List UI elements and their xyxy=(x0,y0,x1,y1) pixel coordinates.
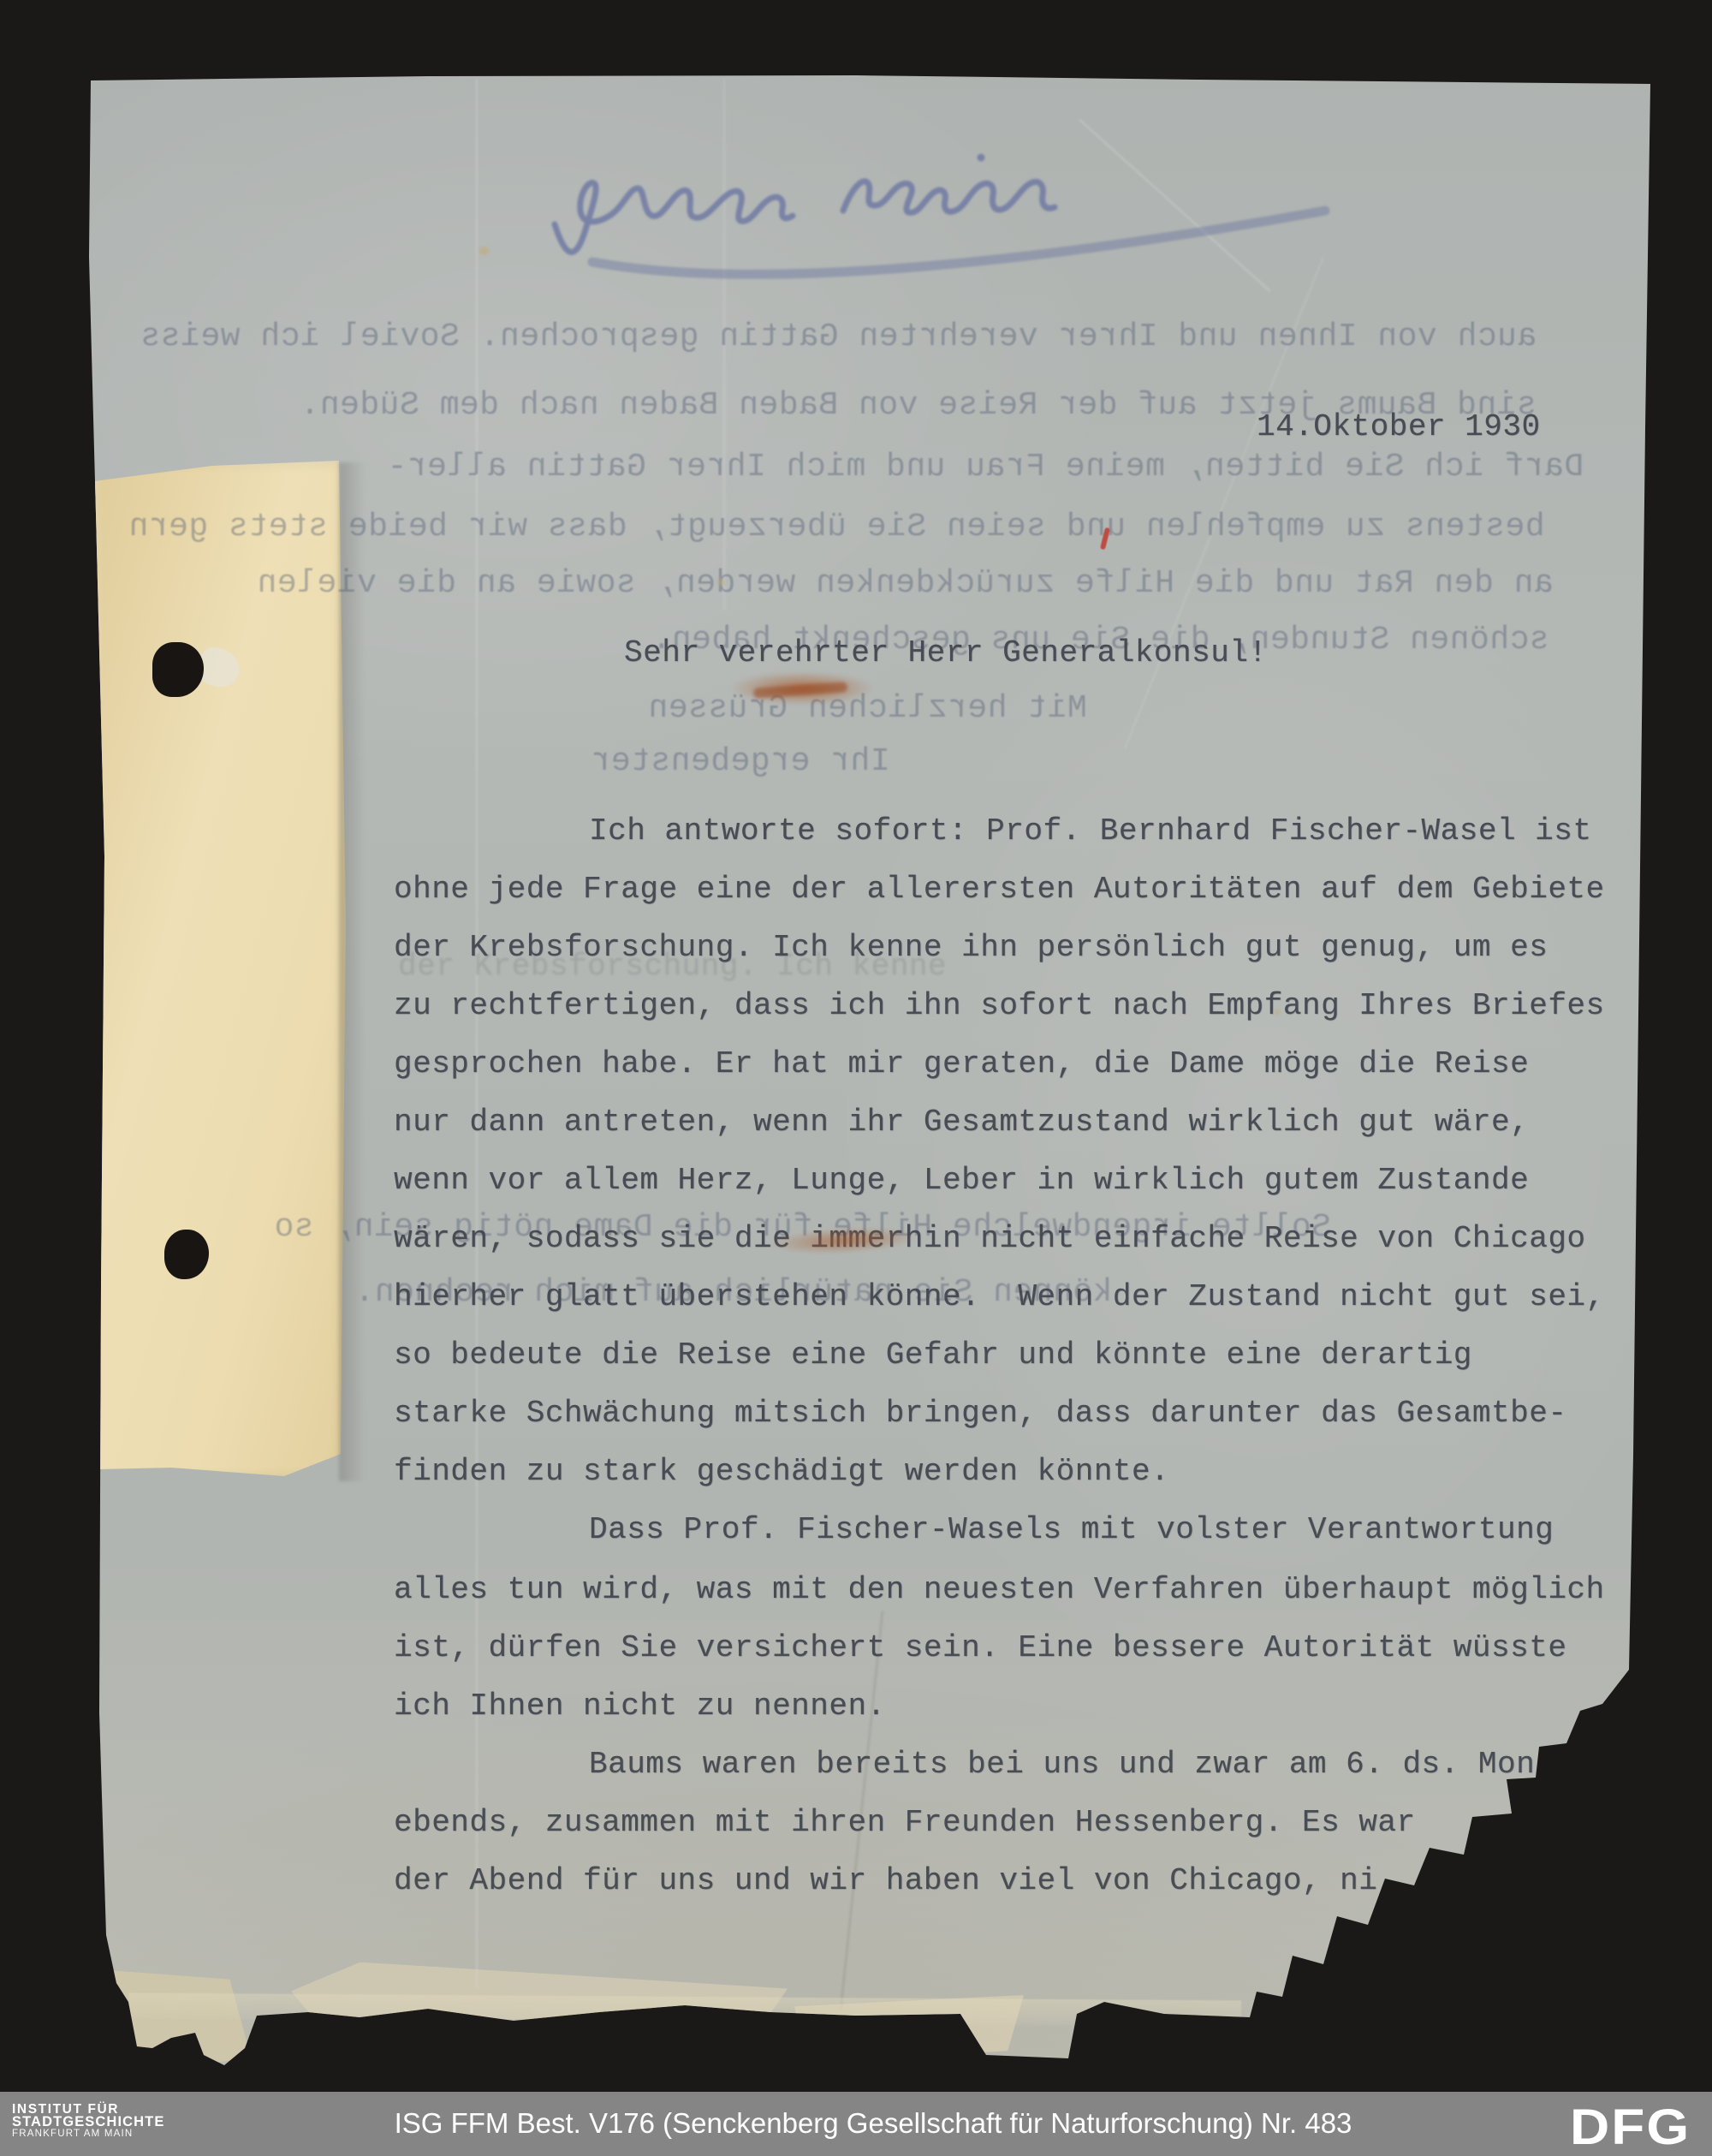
body-line: ohne jede Frage eine der allerersten Aut… xyxy=(394,872,1605,907)
body-line: starke Schwächung mitsich bringen, dass … xyxy=(394,1396,1566,1431)
body-line: hierher glatt überstehen könne. Wenn der… xyxy=(394,1279,1605,1314)
tape-edge-shadow xyxy=(339,462,365,1481)
bleedthrough-line: Darf ich Sie bitten, meine Frau und mich… xyxy=(387,449,1584,486)
body-line: wenn vor allem Herz, Lunge, Leber in wir… xyxy=(394,1163,1529,1198)
institut-stadtgeschichte-logo: INSTITUT FÜR STADTGESCHICHTE FRANKFURT A… xyxy=(12,2104,164,2140)
archive-logo-line: FRANKFURT AM MAIN xyxy=(12,2129,164,2140)
date-line: 14.Oktober 1930 xyxy=(1257,409,1541,444)
bleedthrough-line: Ihr ergebenster xyxy=(591,743,890,781)
bleedthrough-line: auch von Ihnen und Ihrer verehrten Gatti… xyxy=(140,319,1537,356)
body-line: alles tun wird, was mit den neuesten Ver… xyxy=(394,1572,1605,1607)
footer-bar: INSTITUT FÜR STADTGESCHICHTE FRANKFURT A… xyxy=(0,2092,1712,2156)
archive-logo-line: STADTGESCHICHTE xyxy=(12,2116,164,2129)
paper-speck xyxy=(479,247,489,255)
archive-tape-strip xyxy=(92,461,348,1480)
body-line: ich Ihnen nicht zu nennen. xyxy=(394,1688,886,1724)
body-line: der Abend für uns und wir haben viel von… xyxy=(394,1863,1377,1898)
archive-reference-label: ISG FFM Best. V176 (Senckenberg Gesellsc… xyxy=(395,2107,1352,2140)
paper-speck xyxy=(717,579,725,586)
body-line: zu rechtfertigen, dass ich ihn sofort na… xyxy=(394,988,1605,1023)
salutation: Sehr verehrter Herr Generalkonsul! xyxy=(624,635,1268,670)
body-line: Ich antworte sofort: Prof. Bernhard Fisc… xyxy=(589,813,1592,849)
body-line: wären, sodass sie die immerhin nicht ein… xyxy=(394,1221,1586,1256)
body-line: Dass Prof. Fischer-Wasels mit volster Ve… xyxy=(589,1512,1554,1547)
body-line: nur dann antreten, wenn ihr Gesamtzustan… xyxy=(394,1105,1529,1140)
dfg-logo: DFG xyxy=(1570,2098,1691,2156)
paper-sheet: auch von Ihnen und Ihrer verehrten Gatti… xyxy=(0,0,1712,2156)
body-line: Baums waren bereits bei uns und zwar am … xyxy=(589,1747,1535,1782)
body-line: ist, dürfen Sie versichert sein. Eine be… xyxy=(394,1630,1566,1665)
body-line: so bedeute die Reise eine Gefahr und kön… xyxy=(394,1337,1472,1373)
bleedthrough-line: an den Rat und die Hilfe zurückdenken we… xyxy=(257,565,1554,603)
body-line: der Krebsforschung. Ich kenne ihn persön… xyxy=(394,930,1548,965)
bottom-tape-edge xyxy=(128,1992,1241,2026)
body-line: ebends, zusammen mit ihren Freunden Hess… xyxy=(394,1805,1416,1840)
scanned-letter-page: auch von Ihnen und Ihrer verehrten Gatti… xyxy=(0,0,1712,2156)
crease-diagonal-top xyxy=(1079,119,1270,292)
paper-speck xyxy=(1274,1009,1281,1015)
body-line: finden zu stark geschädigt werden könnte… xyxy=(394,1454,1169,1489)
body-line: gesprochen habe. Er hat mir geraten, die… xyxy=(394,1046,1529,1081)
bleedthrough-line: bestens zu empfehlen und seien Sie überz… xyxy=(128,509,1545,546)
